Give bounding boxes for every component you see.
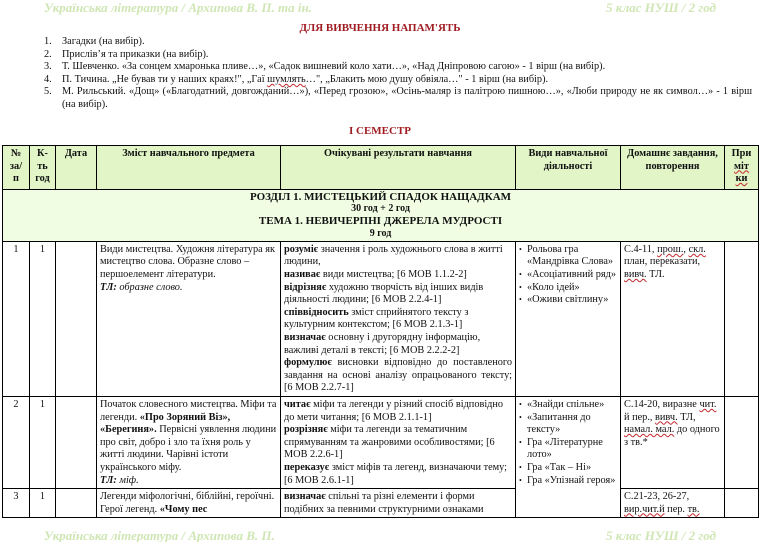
row-num: 1	[3, 241, 30, 396]
topic-title: ТЕМА 1. НЕВИЧЕРПНІ ДЖЕРЕЛА МУДРОСТІ	[6, 215, 755, 227]
row-date[interactable]	[56, 489, 97, 518]
topic-hours: 9 год	[6, 228, 755, 240]
row-activities: Рольова гра «Мандрівка Слова» «Асоціатив…	[516, 241, 621, 396]
activity-item: «Коло ідей»	[519, 282, 617, 295]
activity-item: «Знайди спільне»	[519, 399, 617, 412]
running-header-right: 5 клас НУШ / 2 год	[606, 0, 716, 16]
header-homework: Домашнє завдання, повторення	[621, 146, 725, 190]
running-header-left: Українська література / Архипова В. П. т…	[44, 0, 312, 16]
row-homework: С.21-23, 26-27, вир.чит.й пер. тв.	[621, 489, 725, 518]
activity-item: Рольова гра «Мандрівка Слова»	[519, 244, 617, 269]
activity-item: «Асоціативний ряд»	[519, 269, 617, 282]
memorization-item: 4.П. Тичина. „Не бував ти у наших краях!…	[44, 74, 752, 87]
table-row: 3 1 Легенди міфологічні, біблійні, герої…	[3, 489, 759, 518]
header-outcomes: Очікувані результати навчання	[281, 146, 516, 190]
lesson-plan-table: № за/ п К-ть год Дата Зміст навчального …	[2, 145, 759, 518]
row-date[interactable]	[56, 396, 97, 488]
header-content: Зміст навчального предмета	[97, 146, 281, 190]
activity-item: «Оживи світлину»	[519, 294, 617, 307]
header-notes: Примітки	[725, 146, 759, 190]
running-header: Українська література / Архипова В. П. т…	[44, 0, 716, 16]
row-outcomes: визначає спільні та різні елементи і фор…	[281, 489, 516, 518]
row-notes[interactable]	[725, 241, 759, 396]
running-footer-left: Українська література / Архипова В. П.	[44, 528, 275, 542]
row-num: 2	[3, 396, 30, 488]
section-hours: 30 год + 2 год	[6, 203, 755, 215]
row-outcomes: читає міфи та легенди у різний спосіб ві…	[281, 396, 516, 488]
section-title: РОЗДІЛ 1. МИСТЕЦЬКИЙ СПАДОК НАЩАДКАМ	[6, 191, 755, 203]
row-hours: 1	[30, 489, 56, 518]
row-notes[interactable]	[725, 396, 759, 488]
row-hours: 1	[30, 396, 56, 488]
row-content: Легенди міфологічні, біблійні, героїчні.…	[97, 489, 281, 518]
memorization-item: 1.Загадки (на вибір).	[44, 36, 752, 49]
table-row: 1 1 Види мистецтва. Художня література я…	[3, 241, 759, 396]
row-homework: С.4-11, прош., скл. план, переказати, ви…	[621, 241, 725, 396]
memorization-item: 3.Т. Шевченко. «За сонцем хмаронька плив…	[44, 61, 752, 74]
row-num: 3	[3, 489, 30, 518]
header-num: № за/ п	[3, 146, 30, 190]
memorization-list: 1.Загадки (на вибір). 2.Прислів’я та при…	[44, 36, 752, 112]
running-footer-right: 5 клас НУШ / 2 год	[606, 528, 716, 542]
activity-item: Гра «Так – Ні»	[519, 462, 617, 475]
header-date: Дата	[56, 146, 97, 190]
activity-item: «Запитання до тексту»	[519, 412, 617, 437]
row-date[interactable]	[56, 241, 97, 396]
row-outcomes: розуміє значення і роль художнього слова…	[281, 241, 516, 396]
row-homework: С.14-20, виразне чит. й пер., вивч. ТЛ, …	[621, 396, 725, 488]
header-activities: Види навчальної діяльності	[516, 146, 621, 190]
row-activities: «Знайди спільне» «Запитання до тексту» Г…	[516, 396, 621, 517]
semester-title: I СЕМЕСТР	[0, 125, 760, 137]
row-hours: 1	[30, 241, 56, 396]
section-cell: РОЗДІЛ 1. МИСТЕЦЬКИЙ СПАДОК НАЩАДКАМ 30 …	[3, 190, 759, 242]
activity-item: Гра «Літературне лото»	[519, 437, 617, 462]
terminology: ТЛ: міф.	[100, 475, 139, 486]
header-hours: К-ть год	[30, 146, 56, 190]
memorization-item: 2.Прислів’я та приказки (на вибір).	[44, 49, 752, 62]
row-content: Види мистецтва. Художня література як ми…	[97, 241, 281, 396]
row-content: Початок словесного мистецтва. Міфи та ле…	[97, 396, 281, 488]
running-footer: Українська література / Архипова В. П. 5…	[44, 528, 716, 542]
row-notes[interactable]	[725, 489, 759, 518]
terminology: ТЛ: образне слово.	[100, 282, 183, 293]
section-row: РОЗДІЛ 1. МИСТЕЦЬКИЙ СПАДОК НАЩАДКАМ 30 …	[3, 190, 759, 242]
activity-item: Гра «Упізнай героя»	[519, 475, 617, 488]
table-header-row: № за/ п К-ть год Дата Зміст навчального …	[3, 146, 759, 190]
memorization-item: 5.М. Рильський. «Дощ» («Благодатний, дов…	[44, 86, 752, 111]
memorization-title: ДЛЯ ВИВЧЕННЯ НАПАМ'ЯТЬ	[0, 22, 760, 34]
table-row: 2 1 Початок словесного мистецтва. Міфи т…	[3, 396, 759, 488]
spellcheck-word[interactable]: шумлять	[267, 74, 306, 85]
